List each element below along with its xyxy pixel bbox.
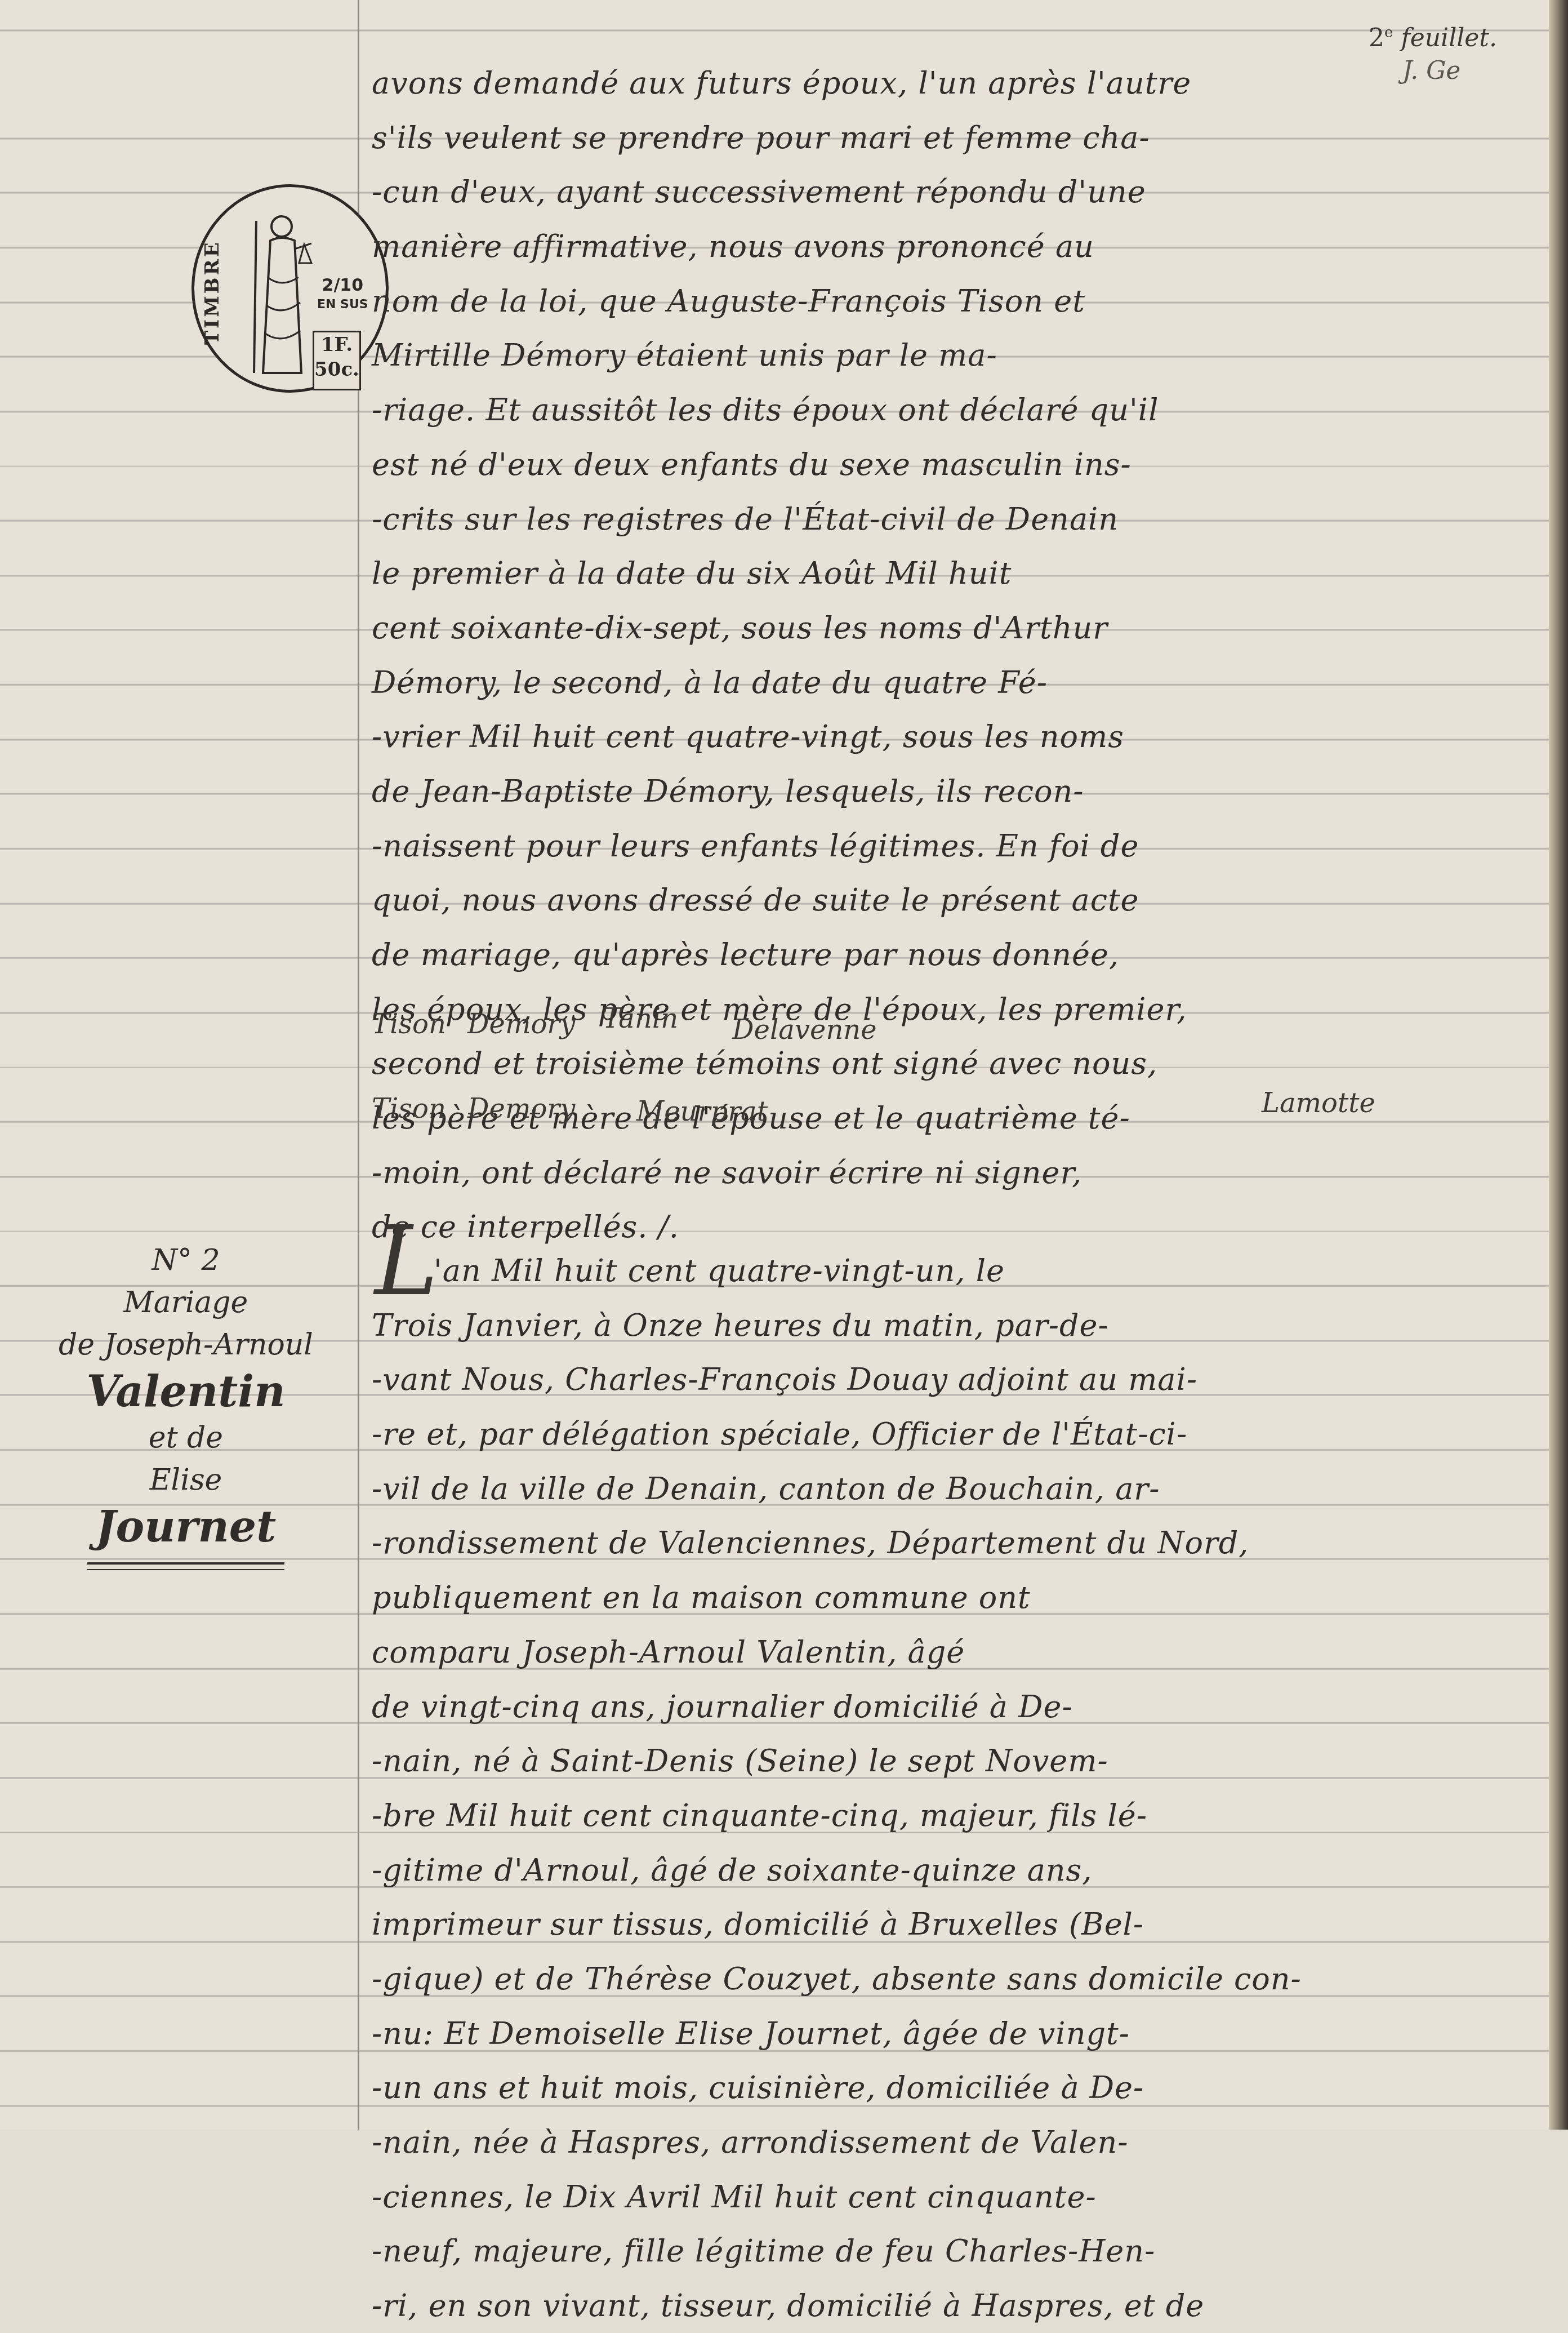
text-line: Démory, le second, à la date du quatre F… [372, 656, 1543, 710]
conjunction: et de [23, 1417, 349, 1459]
text-line: -rondissement de Valenciennes, Départeme… [372, 1516, 1543, 1570]
text-line: s'ils veulent se prendre pour mari et fe… [372, 111, 1543, 166]
signature: Tison [372, 1008, 446, 1040]
stamp-price-centimes: 50c. [314, 357, 359, 382]
folio-label: feuillet. [1401, 24, 1497, 52]
signature: Meurprat [636, 1096, 768, 1127]
double-rule [87, 1562, 284, 1570]
text-line: cent soixante-dix-sept, sous les noms d'… [372, 601, 1543, 656]
act2-text: 'an Mil huit cent quatre-vingt-un, le Tr… [372, 1243, 1543, 2130]
act2-margin-note: N° 2 Mariage de Joseph-Arnoul Valentin e… [23, 1239, 349, 1570]
signature: Demory [467, 1093, 575, 1125]
text-line: avons demandé aux futurs époux, l'un apr… [372, 56, 1543, 111]
text-line: -crits sur les registres de l'État-civil… [372, 492, 1543, 547]
text-line: publiquement en la maison commune ont [372, 1570, 1543, 1625]
stamp-tax-fraction: 2/10 [317, 276, 368, 295]
text-line: nom de la loi, que Auguste-François Tiso… [372, 274, 1543, 329]
text-line: est né d'eux deux enfants du sexe mascul… [372, 438, 1543, 492]
text-line: -vil de la ville de Denain, canton de Bo… [372, 1461, 1543, 1516]
act-type: Mariage [23, 1282, 349, 1324]
signature: Delavenne [732, 1014, 877, 1046]
text-line: -gitime d'Arnoul, âgé de soixante-quinze… [372, 1843, 1543, 1897]
text-line: 'an Mil huit cent quatre-vingt-un, le [372, 1243, 1543, 1298]
text-line: -bre Mil huit cent cinquante-cinq, majeu… [372, 1788, 1543, 1843]
signatures-block: Tison Demory Tanin Delavenne Tison Demor… [366, 1003, 1549, 1172]
text-line: Trois Janvier, à Onze heures du matin, p… [372, 1298, 1543, 1353]
text-line: -vant Nous, Charles-François Douay adjoi… [372, 1352, 1543, 1407]
text-line: manière affirmative, nous avons prononcé… [372, 220, 1543, 274]
text-line: imprimeur sur tissus, domicilié à Bruxel… [372, 1897, 1543, 1952]
text-line: quoi, nous avons dressé de suite le prés… [372, 873, 1543, 928]
fiscal-stamp: TIMBRE 2/10 EN SUS 1F. 50c. [191, 184, 389, 393]
text-line: le premier à la date du six Août Mil hui… [372, 546, 1543, 601]
text-line: -riage. Et aussitôt les dits époux ont d… [372, 383, 1543, 438]
groom-surname: Valentin [23, 1366, 349, 1417]
justice-figure-icon [251, 210, 313, 379]
stamp-tax-suffix: EN SUS [317, 295, 368, 314]
text-line: -vrier Mil huit cent quatre-vingt, sous … [372, 710, 1543, 765]
signature: Demory [467, 1008, 575, 1040]
text-line: de Jean-Baptiste Démory, lesquels, ils r… [372, 765, 1543, 819]
book-spine-edge [1549, 0, 1568, 2130]
act-number: N° 2 [23, 1239, 349, 1282]
groom-first-names: de Joseph-Arnoul [23, 1324, 349, 1366]
text-line: -nu: Et Demoiselle Elise Journet, âgée d… [372, 2006, 1543, 2061]
bride-surname: Journet [23, 1501, 349, 1552]
stamp-price-francs: 1F. [314, 332, 359, 357]
folio-number: 2 [1369, 24, 1384, 52]
text-line: -re et, par délégation spéciale, Officie… [372, 1407, 1543, 1461]
text-line: -gique) et de Thérèse Couzyet, absente s… [372, 1952, 1543, 2006]
signature: Lamotte [1262, 1087, 1375, 1119]
text-line: de vingt-cinq ans, journalier domicilié … [372, 1679, 1543, 1734]
text-line: Mirtille Démory étaient unis par le ma- [372, 328, 1543, 383]
text-line: -nain, né à Saint-Denis (Seine) le sept … [372, 1734, 1543, 1788]
folio-sup: e [1384, 24, 1393, 41]
bride-first-name: Elise [23, 1459, 349, 1501]
folio-header: 2e feuillet. [1369, 24, 1497, 52]
text-line: -un ans et huit mois, cuisinière, domici… [372, 2060, 1543, 2115]
text-line: -naissent pour leurs enfants légitimes. … [372, 819, 1543, 874]
text-line: comparu Joseph-Arnoul Valentin, âgé [372, 1625, 1543, 1679]
text-line: -nain, née à Haspres, arrondissement de … [372, 2115, 1543, 2130]
stamp-label: TIMBRE [201, 240, 224, 345]
text-line: -cun d'eux, ayant successivement répondu… [372, 165, 1543, 220]
stamp-price: 1F. 50c. [313, 331, 361, 390]
signature: Tanin [603, 1003, 678, 1034]
text-line: de mariage, qu'après lecture par nous do… [372, 928, 1543, 983]
stamp-tax: 2/10 EN SUS [317, 276, 368, 314]
signature: Tison [372, 1093, 446, 1125]
